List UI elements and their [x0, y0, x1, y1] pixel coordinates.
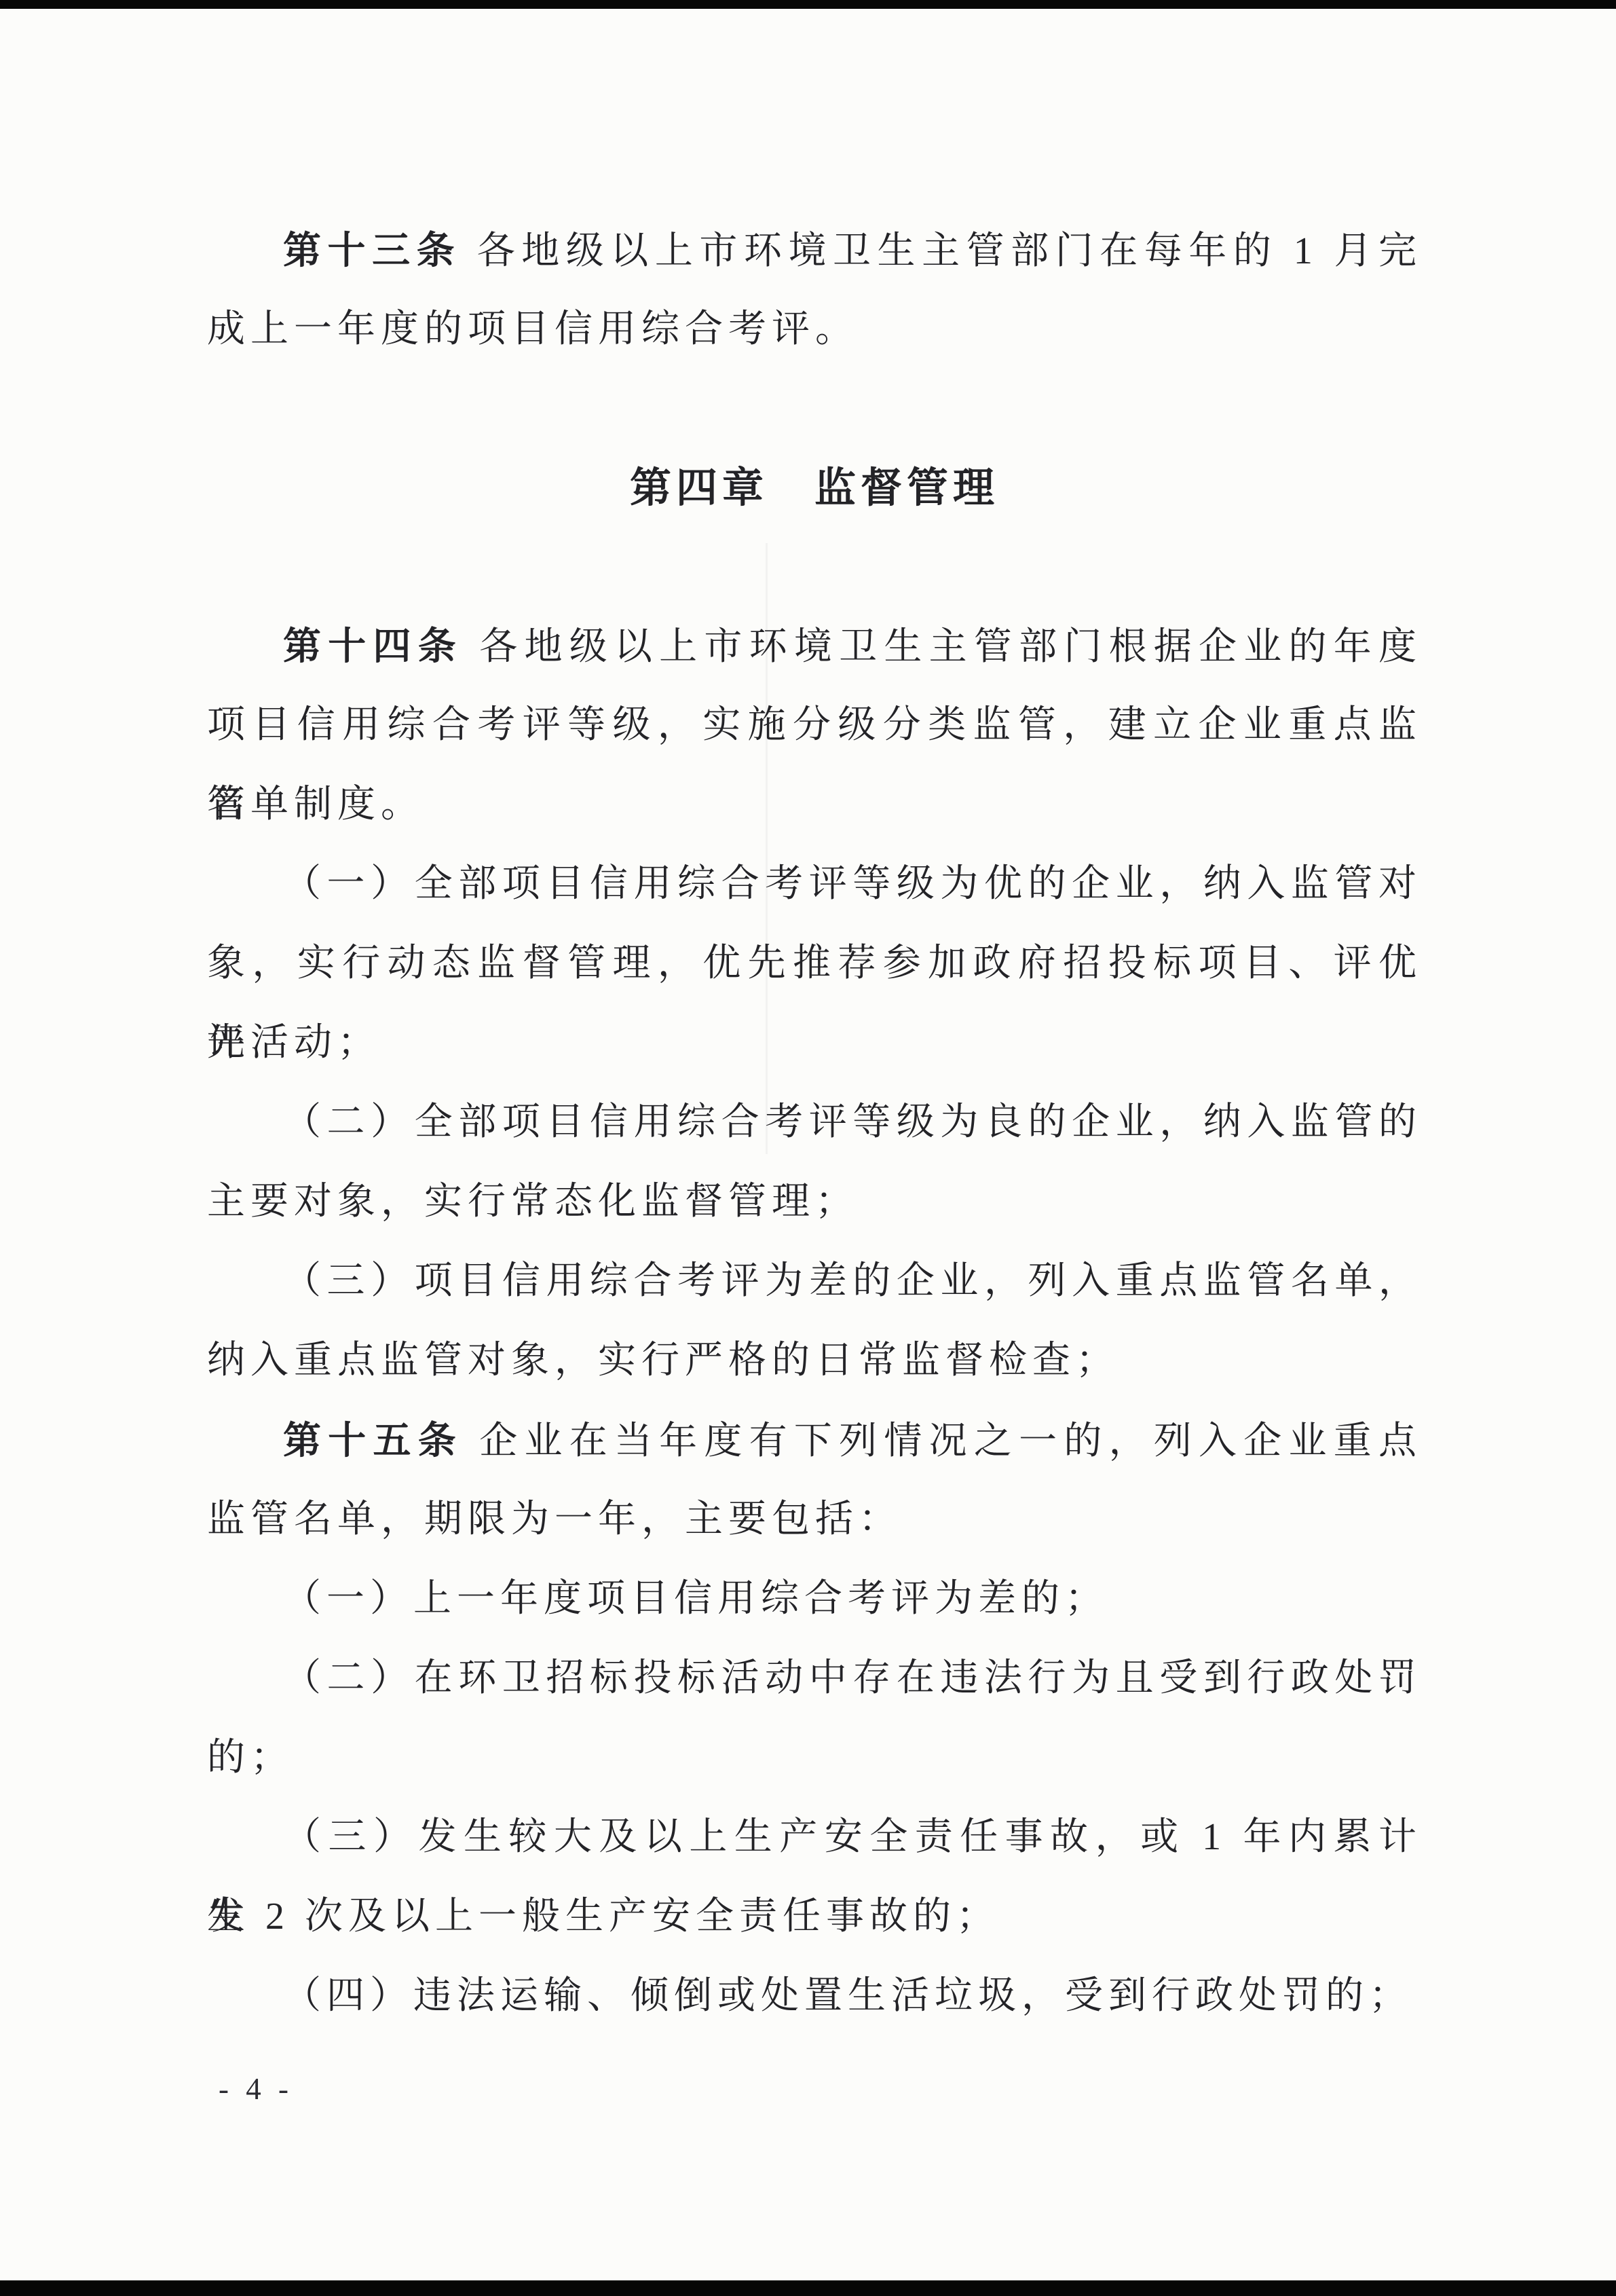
line-text: 监管名单，期限为一年，主要包括： — [207, 1498, 902, 1540]
document-body: 第十三条 各地级以上市环境卫生主管部门在每年的 1 月完 成上一年度的项目信用综… — [207, 210, 1422, 2036]
text-line: 主要对象，实行常态化监督管理； — [207, 1162, 1422, 1242]
text-line: 纳入重点监管对象，实行严格的日常监督检查； — [207, 1321, 1422, 1401]
line-text: 企业在当年度有下列情况之一的，列入企业重点 — [463, 1420, 1422, 1462]
line-text: 名单制度。 — [207, 783, 424, 826]
chapter-heading: 第四章 监督管理 — [207, 448, 1422, 527]
scanned-document-page: 第十三条 各地级以上市环境卫生主管部门在每年的 1 月完 成上一年度的项目信用综… — [0, 0, 1616, 2296]
line-text: 生 2 次及以上一般生产安全责任事故的； — [207, 1895, 1000, 1938]
page-number: - 4 - — [219, 2065, 293, 2113]
line-text: （四）违法运输、倾倒或处置生活垃圾，受到行政处罚的； — [283, 1975, 1412, 2017]
text-line: 名单制度。 — [207, 765, 1422, 845]
line-text: 的； — [207, 1737, 294, 1779]
line-text: （一）全部项目信用综合考评等级为优的企业，纳入监管对 — [283, 863, 1422, 905]
line-text: 各地级以上市环境卫生主管部门在每年的 1 月完 — [461, 230, 1422, 272]
text-line: （二）在环卫招标投标活动中存在违法行为且受到行政处罚 — [207, 1639, 1422, 1718]
line-text: 先活动； — [207, 1022, 381, 1064]
line-text: 成上一年度的项目信用综合考评。 — [207, 308, 859, 350]
line-text: （二）在环卫招标投标活动中存在违法行为且受到行政处罚 — [283, 1657, 1422, 1699]
text-line: 第十四条 各地级以上市环境卫生主管部门根据企业的年度 — [207, 606, 1422, 686]
line-text: （三）项目信用综合考评为差的企业，列入重点监管名单， — [283, 1260, 1422, 1302]
text-line: 成上一年度的项目信用综合考评。 — [207, 290, 1422, 369]
line-text: （一）上一年度项目信用综合考评为差的； — [283, 1578, 1108, 1620]
text-line: （二）全部项目信用综合考评等级为良的企业，纳入监管的 — [207, 1083, 1422, 1162]
text-line: （三）项目信用综合考评为差的企业，列入重点监管名单， — [207, 1242, 1422, 1321]
line-text: 纳入重点监管对象，实行严格的日常监督检查； — [207, 1339, 1119, 1382]
text-line: 监管名单，期限为一年，主要包括： — [207, 1480, 1422, 1559]
text-line: 第十五条 企业在当年度有下列情况之一的，列入企业重点 — [207, 1401, 1422, 1480]
article-number-13: 第十三条 — [283, 229, 461, 272]
text-line: 第十三条 各地级以上市环境卫生主管部门在每年的 1 月完 — [207, 210, 1422, 290]
text-line: 生 2 次及以上一般生产安全责任事故的； — [207, 1877, 1422, 1957]
scan-artifact-top-bar — [0, 0, 1616, 9]
text-line: 象，实行动态监督管理，优先推荐参加政府招投标项目、评优评 — [207, 924, 1422, 1003]
text-line: 先活动； — [207, 1003, 1422, 1083]
article-number-14: 第十四条 — [283, 625, 463, 667]
text-line: （三）发生较大及以上生产安全责任事故，或 1 年内累计发 — [207, 1798, 1422, 1877]
text-line: 的； — [207, 1718, 1422, 1798]
line-text: （二）全部项目信用综合考评等级为良的企业，纳入监管的 — [283, 1101, 1422, 1143]
text-line: （一）上一年度项目信用综合考评为差的； — [207, 1559, 1422, 1639]
text-line: （一）全部项目信用综合考评等级为优的企业，纳入监管对 — [207, 845, 1422, 924]
scan-artifact-bottom-bar — [0, 2280, 1616, 2296]
article-number-15: 第十五条 — [283, 1419, 463, 1462]
text-line: （四）违法运输、倾倒或处置生活垃圾，受到行政处罚的； — [207, 1957, 1422, 2036]
line-text: 各地级以上市环境卫生主管部门根据企业的年度 — [463, 626, 1422, 668]
text-line: 项目信用综合考评等级，实施分级分类监管，建立企业重点监管 — [207, 686, 1422, 765]
line-text: 主要对象，实行常态化监督管理； — [207, 1181, 859, 1223]
